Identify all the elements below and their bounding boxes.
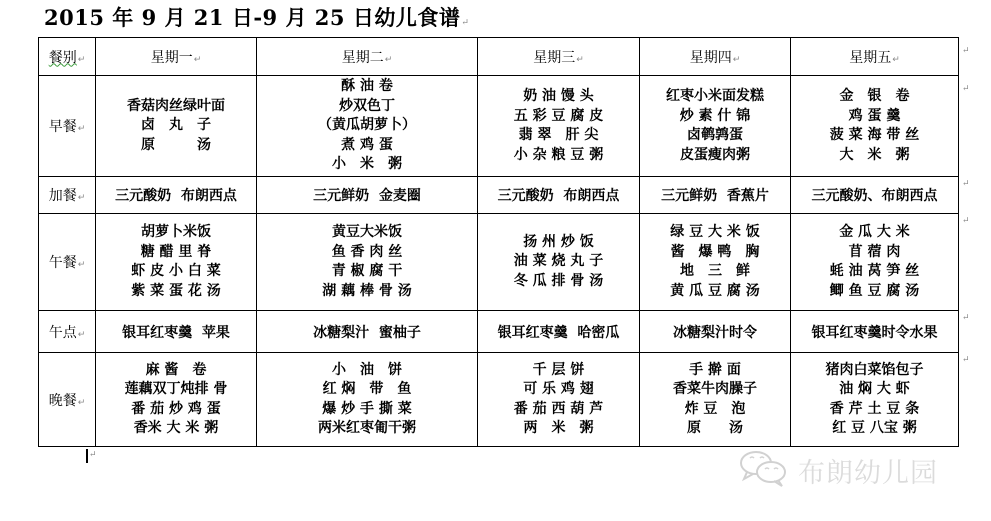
row-end-mark: ↵ bbox=[962, 179, 970, 189]
dish: 鸡 蛋 羹 bbox=[791, 107, 958, 127]
dish: 炸 豆 泡 bbox=[640, 400, 790, 420]
corner-header-text: 餐别 bbox=[49, 50, 77, 66]
dish: 湖 藕 棒 骨 汤 bbox=[257, 282, 477, 302]
meal-label: 午点↵ bbox=[39, 311, 96, 353]
dish: 卤鹌鹑蛋 bbox=[640, 126, 790, 146]
dish: （黄瓜胡萝卜） bbox=[257, 116, 477, 136]
menu-cell: 银耳红枣羹 苹果 bbox=[96, 311, 257, 353]
dish: 原 汤 bbox=[640, 419, 790, 439]
day-label: 星期四 bbox=[690, 50, 732, 66]
menu-cell: 奶 油 馒 头 五 彩 豆 腐 皮 翡 翠 肝 尖 小 杂 粮 豆 粥 bbox=[478, 76, 640, 177]
dish: 小 米 粥 bbox=[257, 155, 477, 175]
wechat-icon bbox=[738, 448, 790, 492]
dish: 油 菜 烧 丸 子 bbox=[478, 252, 639, 272]
meal-label: 加餐↵ bbox=[39, 177, 96, 214]
menu-cell: 胡萝卜米饭 糖 醋 里 脊 虾 皮 小 白 菜 紫 菜 蛋 花 汤 bbox=[96, 214, 257, 311]
menu-cell: 黄豆大米饭 鱼 香 肉 丝 青 椒 腐 干 湖 藕 棒 骨 汤 bbox=[257, 214, 478, 311]
dish: 青 椒 腐 干 bbox=[257, 262, 477, 282]
meal-label-text: 早餐 bbox=[49, 119, 77, 135]
dish: 爆 炒 手 撕 菜 bbox=[257, 400, 477, 420]
menu-cell: 手 擀 面 香菜牛肉臊子 炸 豆 泡 原 汤 bbox=[640, 353, 791, 447]
dish: 猪肉白菜馅包子 bbox=[791, 361, 958, 381]
watermark-text: 布朗幼儿园 bbox=[798, 451, 938, 490]
dish: 手 擀 面 bbox=[640, 361, 790, 381]
dish: 酱 爆 鸭 胸 bbox=[640, 243, 790, 263]
menu-cell: 银耳红枣羹 哈密瓜 bbox=[478, 311, 640, 353]
dish: 银耳红枣羹时令水果 bbox=[812, 325, 938, 341]
dish: 小 油 饼 bbox=[257, 361, 477, 381]
dish: 两米红枣匍干粥 bbox=[257, 419, 477, 439]
dish: 银耳红枣羹 苹果 bbox=[122, 325, 230, 341]
day-label: 星期一 bbox=[151, 50, 193, 66]
corner-header-cell: 餐别↵ bbox=[39, 38, 96, 76]
menu-cell: 猪肉白菜馅包子 油 焖 大 虾 香 芹 土 豆 条 红 豆 八宝 粥 bbox=[791, 353, 959, 447]
dish: 地 三 鲜 bbox=[640, 262, 790, 282]
day-header-fri: 星期五↵ bbox=[791, 38, 959, 76]
watermark: 布朗幼儿园 bbox=[738, 448, 938, 492]
paragraph-mark: ↵ bbox=[78, 260, 86, 270]
dish: 虾 皮 小 白 菜 bbox=[96, 262, 256, 282]
dish: 黄 瓜 豆 腐 汤 bbox=[640, 282, 790, 302]
weekly-menu-table: 餐别↵ 星期一↵ 星期二↵ 星期三↵ 星期四↵ 星期五↵ 早餐↵ 香菇肉丝绿叶面… bbox=[38, 37, 959, 447]
dish: 大 米 粥 bbox=[791, 146, 958, 166]
dish: 蚝 油 莴 笋 丝 bbox=[791, 262, 958, 282]
paragraph-mark: ↵ bbox=[733, 55, 741, 65]
row-morning-snack: 加餐↵ 三元酸奶 布朗西点 三元鲜奶 金麦圈 三元酸奶 布朗西点 三元鲜奶 香蕉… bbox=[39, 177, 959, 214]
dish: 三元鲜奶 金麦圈 bbox=[313, 188, 421, 204]
dish: 翡 翠 肝 尖 bbox=[478, 126, 639, 146]
dish: 原 汤 bbox=[96, 136, 256, 156]
dish: 糖 醋 里 脊 bbox=[96, 243, 256, 263]
dish: 胡萝卜米饭 bbox=[96, 223, 256, 243]
meal-label-text: 晚餐 bbox=[49, 393, 77, 409]
day-label: 星期二 bbox=[342, 50, 384, 66]
dish: 炒 素 什 锦 bbox=[640, 107, 790, 127]
row-end-mark: ↵ bbox=[962, 313, 970, 323]
paragraph-mark: ↵ bbox=[78, 398, 86, 408]
row-lunch: 午餐↵ 胡萝卜米饭 糖 醋 里 脊 虾 皮 小 白 菜 紫 菜 蛋 花 汤 黄豆… bbox=[39, 214, 959, 311]
dish: 皮蛋瘦肉粥 bbox=[640, 146, 790, 166]
dish: 煮 鸡 蛋 bbox=[257, 136, 477, 156]
paragraph-mark: ↵ bbox=[461, 18, 469, 28]
dish: 红 焖 带 鱼 bbox=[257, 380, 477, 400]
dish: 香菜牛肉臊子 bbox=[640, 380, 790, 400]
row-dinner: 晚餐↵ 麻 酱 卷 莲藕双丁炖排 骨 番 茄 炒 鸡 蛋 香米 大 米 粥 小 … bbox=[39, 353, 959, 447]
menu-cell: 小 油 饼 红 焖 带 鱼 爆 炒 手 撕 菜 两米红枣匍干粥 bbox=[257, 353, 478, 447]
dish: 莲藕双丁炖排 骨 bbox=[96, 380, 256, 400]
dish: 苜 蓿 肉 bbox=[791, 243, 958, 263]
row-end-mark: ↵ bbox=[962, 84, 970, 94]
menu-cell: 金 银 卷 鸡 蛋 羹 菠 菜 海 带 丝 大 米 粥 bbox=[791, 76, 959, 177]
menu-cell: 扬 州 炒 饭 油 菜 烧 丸 子 冬 瓜 排 骨 汤 bbox=[478, 214, 640, 311]
meal-label-text: 加餐 bbox=[49, 188, 77, 204]
dish: 银耳红枣羹 哈密瓜 bbox=[498, 325, 620, 341]
menu-cell: 三元鲜奶 金麦圈 bbox=[257, 177, 478, 214]
meal-label-text: 午点 bbox=[49, 325, 77, 341]
dish: 三元酸奶、布朗西点 bbox=[812, 188, 938, 204]
paragraph-mark: ↵ bbox=[78, 330, 86, 340]
dish: 香 芹 土 豆 条 bbox=[791, 400, 958, 420]
meal-label: 晚餐↵ bbox=[39, 353, 96, 447]
menu-cell: 三元酸奶 布朗西点 bbox=[478, 177, 640, 214]
dish: 油 焖 大 虾 bbox=[791, 380, 958, 400]
menu-cell: 银耳红枣羹时令水果 bbox=[791, 311, 959, 353]
dish: 鲫 鱼 豆 腐 汤 bbox=[791, 282, 958, 302]
menu-cell: 三元鲜奶 香蕉片 bbox=[640, 177, 791, 214]
header-row: 餐别↵ 星期一↵ 星期二↵ 星期三↵ 星期四↵ 星期五↵ bbox=[39, 38, 959, 76]
menu-cell: 三元酸奶、布朗西点 bbox=[791, 177, 959, 214]
dish: 扬 州 炒 饭 bbox=[478, 233, 639, 253]
dish: 金 银 卷 bbox=[791, 87, 958, 107]
menu-cell: 冰糖梨汁时令 bbox=[640, 311, 791, 353]
dish: 三元鲜奶 香蕉片 bbox=[661, 188, 769, 204]
paragraph-mark: ↵ bbox=[892, 55, 900, 65]
dish: 番 茄 西 葫 芦 bbox=[478, 400, 639, 420]
dish: 两 米 粥 bbox=[478, 419, 639, 439]
paragraph-mark: ↵ bbox=[78, 193, 86, 203]
title-text: 2015 年 9 月 21 日-9 月 25 日幼儿食谱 bbox=[44, 5, 460, 30]
dish: 酥 油 卷 bbox=[257, 77, 477, 97]
dish: 番 茄 炒 鸡 蛋 bbox=[96, 400, 256, 420]
row-end-mark: ↵ bbox=[962, 46, 970, 56]
dish: 鱼 香 肉 丝 bbox=[257, 243, 477, 263]
document-title: 2015 年 9 月 21 日-9 月 25 日幼儿食谱↵ bbox=[44, 2, 469, 32]
dish: 香菇肉丝绿叶面 bbox=[96, 97, 256, 117]
dish: 冰糖梨汁时令 bbox=[673, 325, 757, 341]
paragraph-mark: ↵ bbox=[78, 55, 86, 65]
paragraph-mark: ↵ bbox=[89, 450, 97, 460]
dish: 卤 丸 子 bbox=[96, 116, 256, 136]
text-cursor[interactable] bbox=[86, 449, 88, 463]
menu-cell: 三元酸奶 布朗西点 bbox=[96, 177, 257, 214]
paragraph-mark: ↵ bbox=[385, 55, 393, 65]
row-end-mark: ↵ bbox=[962, 216, 970, 226]
dish: 可 乐 鸡 翅 bbox=[478, 380, 639, 400]
day-header-tue: 星期二↵ bbox=[257, 38, 478, 76]
paragraph-mark: ↵ bbox=[194, 55, 202, 65]
row-breakfast: 早餐↵ 香菇肉丝绿叶面 卤 丸 子 原 汤 酥 油 卷 炒双色丁 （黄瓜胡萝卜）… bbox=[39, 76, 959, 177]
paragraph-mark: ↵ bbox=[78, 124, 86, 134]
menu-cell: 麻 酱 卷 莲藕双丁炖排 骨 番 茄 炒 鸡 蛋 香米 大 米 粥 bbox=[96, 353, 257, 447]
menu-cell: 绿 豆 大 米 饭 酱 爆 鸭 胸 地 三 鲜 黄 瓜 豆 腐 汤 bbox=[640, 214, 791, 311]
dish: 黄豆大米饭 bbox=[257, 223, 477, 243]
dish: 三元酸奶 布朗西点 bbox=[498, 188, 620, 204]
row-afternoon-snack: 午点↵ 银耳红枣羹 苹果 冰糖梨汁 蜜柚子 银耳红枣羹 哈密瓜 冰糖梨汁时令 银… bbox=[39, 311, 959, 353]
dish: 千 层 饼 bbox=[478, 361, 639, 381]
paragraph-mark: ↵ bbox=[576, 55, 584, 65]
dish: 红 豆 八宝 粥 bbox=[791, 419, 958, 439]
dish: 菠 菜 海 带 丝 bbox=[791, 126, 958, 146]
menu-cell: 酥 油 卷 炒双色丁 （黄瓜胡萝卜） 煮 鸡 蛋 小 米 粥 bbox=[257, 76, 478, 177]
day-header-mon: 星期一↵ bbox=[96, 38, 257, 76]
row-end-mark: ↵ bbox=[962, 355, 970, 365]
dish: 麻 酱 卷 bbox=[96, 361, 256, 381]
dish: 炒双色丁 bbox=[257, 97, 477, 117]
dish: 红枣小米面发糕 bbox=[640, 87, 790, 107]
dish: 冰糖梨汁 蜜柚子 bbox=[313, 325, 421, 341]
meal-label: 午餐↵ bbox=[39, 214, 96, 311]
dish: 金 瓜 大 米 bbox=[791, 223, 958, 243]
day-label: 星期五 bbox=[849, 50, 891, 66]
day-header-wed: 星期三↵ bbox=[478, 38, 640, 76]
meal-label: 早餐↵ bbox=[39, 76, 96, 177]
dish: 三元酸奶 布朗西点 bbox=[115, 188, 237, 204]
menu-cell: 千 层 饼 可 乐 鸡 翅 番 茄 西 葫 芦 两 米 粥 bbox=[478, 353, 640, 447]
menu-cell: 红枣小米面发糕 炒 素 什 锦 卤鹌鹑蛋 皮蛋瘦肉粥 bbox=[640, 76, 791, 177]
dish: 绿 豆 大 米 饭 bbox=[640, 223, 790, 243]
menu-cell: 香菇肉丝绿叶面 卤 丸 子 原 汤 bbox=[96, 76, 257, 177]
day-header-thu: 星期四↵ bbox=[640, 38, 791, 76]
dish: 五 彩 豆 腐 皮 bbox=[478, 107, 639, 127]
menu-cell: 冰糖梨汁 蜜柚子 bbox=[257, 311, 478, 353]
dish: 紫 菜 蛋 花 汤 bbox=[96, 282, 256, 302]
dish: 香米 大 米 粥 bbox=[96, 419, 256, 439]
dish: 小 杂 粮 豆 粥 bbox=[478, 146, 639, 166]
meal-label-text: 午餐 bbox=[49, 255, 77, 271]
dish: 冬 瓜 排 骨 汤 bbox=[478, 272, 639, 292]
day-label: 星期三 bbox=[533, 50, 575, 66]
dish: 奶 油 馒 头 bbox=[478, 87, 639, 107]
menu-cell: 金 瓜 大 米 苜 蓿 肉 蚝 油 莴 笋 丝 鲫 鱼 豆 腐 汤 bbox=[791, 214, 959, 311]
